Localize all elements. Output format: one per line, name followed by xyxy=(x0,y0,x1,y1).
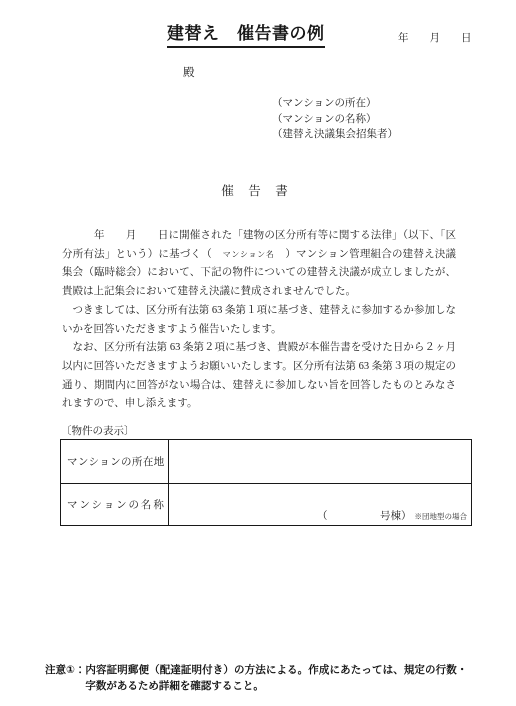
building-number-placeholder: （ 号棟） xyxy=(317,508,412,523)
sender-line-location: （マンションの所在） xyxy=(272,96,398,112)
notice-heading: 催 告 書 xyxy=(0,181,510,199)
footnote-text: 内容証明郵便（配達証明付き）の方法による。作成にあたっては、規定の行数・字数があ… xyxy=(85,663,467,694)
property-row-name-value: （ 号棟） ※団地型の場合 xyxy=(169,483,471,525)
paragraph-1-small-placeholder: マンション名 xyxy=(223,250,275,259)
sender-line-name: （マンションの名称） xyxy=(272,112,398,128)
paragraph-1: 年 月 日に開催された「建物の区分所有等に関する法律」（以下、「区分所有法」とい… xyxy=(62,227,456,302)
property-table-caption: 〔物件の表示〕 xyxy=(61,423,135,438)
document-title: 建替え 催告書の例 xyxy=(167,19,325,48)
footnote: 注意①： 内容証明郵便（配達証明付き）の方法による。作成にあたっては、規定の行数… xyxy=(45,663,467,694)
property-row-name-label: マンションの名称 xyxy=(61,483,169,525)
footnote-label: 注意①： xyxy=(45,663,85,694)
property-table: マンションの所在地 マンションの名称 （ 号棟） ※団地型の場合 xyxy=(60,439,472,526)
danchi-type-note: ※団地型の場合 xyxy=(415,511,468,522)
paragraph-2: つきましては、区分所有法第 63 条第１項に基づき、建替えに参加するか参加しない… xyxy=(62,302,456,339)
sender-line-convener: （建替え決議集会招集者） xyxy=(272,127,398,143)
sender-block: （マンションの所在） （マンションの名称） （建替え決議集会招集者） xyxy=(272,96,398,143)
date-placeholder: 年 月 日 xyxy=(398,30,472,45)
document-page: 建替え 催告書の例 年 月 日 殿 （マンションの所在） （マンションの名称） … xyxy=(0,0,516,706)
property-row-location-label: マンションの所在地 xyxy=(61,440,169,483)
body-text: 年 月 日に開催された「建物の区分所有等に関する法律」（以下、「区分所有法」とい… xyxy=(62,227,456,414)
building-number-line: （ 号棟） ※団地型の場合 xyxy=(317,508,467,523)
property-row-location-value xyxy=(169,440,471,483)
paragraph-3: なお、区分所有法第 63 条第２項に基づき、貴殿が本催告書を受けた日から２ヶ月以… xyxy=(62,339,456,414)
addressee-honorific: 殿 xyxy=(183,64,195,80)
